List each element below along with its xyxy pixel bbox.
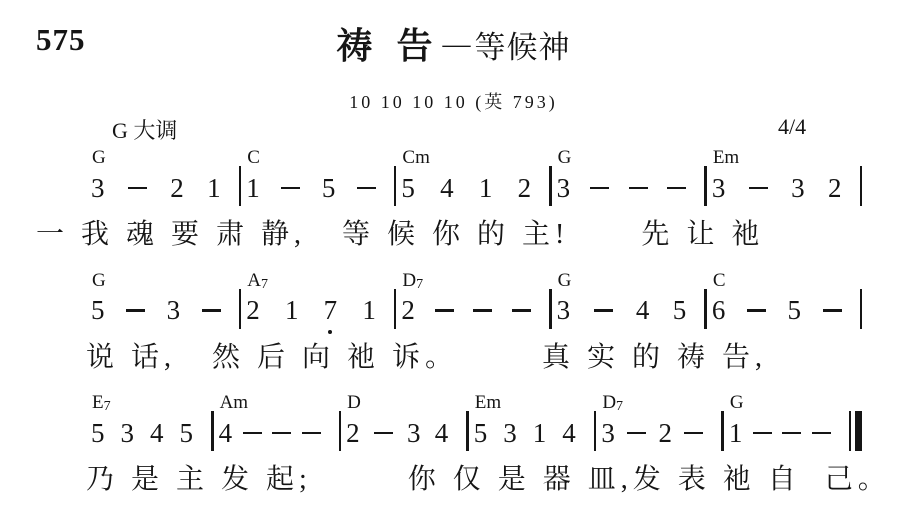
dash-line <box>272 432 291 435</box>
time-signature: 4/4 <box>778 114 806 140</box>
title-dash: — <box>443 29 471 60</box>
chord-label: E7 <box>86 391 211 415</box>
note: 1 <box>479 175 493 202</box>
note: 2 <box>828 175 842 202</box>
notes-row: 5314 <box>469 415 594 451</box>
measures-row: G53A72171D72G345C65 <box>86 269 862 329</box>
dash-line <box>512 309 531 312</box>
dash-line <box>627 432 646 435</box>
note: 3 <box>91 175 105 202</box>
music-system: G53A72171D72G345C65说 话, 然 后 向 祂 诉。 真 实 的… <box>86 269 862 375</box>
note: 1 <box>246 175 260 202</box>
measures-row: E75345Am4D234Em5314D732G1 <box>86 391 862 451</box>
dash-note <box>128 187 147 190</box>
note: 4 <box>435 420 449 447</box>
page-subtitle: 等候神 <box>475 30 571 65</box>
key-label: G 大调 <box>112 114 177 145</box>
dash-note <box>512 309 531 312</box>
lyrics-line: 一 我 魂 要 肃 静, 等 候 你 的 主! 先 让 祂 <box>36 218 862 252</box>
note: 5 <box>91 420 105 447</box>
note: 2 <box>659 420 673 447</box>
note: 3 <box>557 297 571 324</box>
dash-note <box>374 432 393 435</box>
note: 3 <box>557 175 571 202</box>
note: 4 <box>562 420 576 447</box>
dash-note <box>202 309 221 312</box>
notes-row: 65 <box>707 293 860 329</box>
chord-label: C <box>241 146 394 170</box>
dash-note <box>126 309 145 312</box>
note: 3 <box>407 420 421 447</box>
chord-seventh: 7 <box>616 399 623 414</box>
meter-line: 10 10 10 10 (英 793) <box>0 88 907 114</box>
notes-row: 332 <box>707 170 860 206</box>
measure: G53 <box>86 269 239 329</box>
dash-line <box>243 432 262 435</box>
dash-line <box>128 187 147 190</box>
measure: Em332 <box>707 146 860 206</box>
note: 4 <box>440 175 454 202</box>
dash-line <box>629 187 648 190</box>
note: 5 <box>673 297 687 324</box>
chord-label: D7 <box>596 391 721 415</box>
note: 2 <box>246 297 260 324</box>
chord-label: A7 <box>241 269 394 293</box>
note: 5 <box>787 297 801 324</box>
dash-line <box>473 309 492 312</box>
dash-line <box>749 187 768 190</box>
music-system: E75345Am4D234Em5314D732G1乃 是 主 发 起; 你 仅 … <box>86 391 862 497</box>
note: 1 <box>207 175 221 202</box>
note: 2 <box>170 175 184 202</box>
chord-label: G <box>724 391 849 415</box>
lyrics-line: 乃 是 主 发 起; 你 仅 是 器 皿,发 表 祂 自 己。 <box>86 463 862 497</box>
dash-line <box>812 432 831 435</box>
dash-line <box>823 309 842 312</box>
measure: G345 <box>552 269 705 329</box>
measure: Em5314 <box>469 391 594 451</box>
dash-line <box>590 187 609 190</box>
note: 5 <box>91 297 105 324</box>
dash-note <box>782 432 801 435</box>
barline <box>860 166 863 206</box>
chord-label: D7 <box>396 269 549 293</box>
notes-row: 53 <box>86 293 239 329</box>
notes-row: 2 <box>396 293 549 329</box>
measure: D72 <box>396 269 549 329</box>
dash-note <box>281 187 300 190</box>
dash-line <box>281 187 300 190</box>
notes-row: 2171 <box>241 293 394 329</box>
dash-line <box>435 309 454 312</box>
note: 1 <box>362 297 376 324</box>
note: 6 <box>712 297 726 324</box>
note: 3 <box>791 175 805 202</box>
dash-note <box>747 309 766 312</box>
chord-seventh: 7 <box>261 277 268 292</box>
chord-label: G <box>552 269 705 293</box>
dash-note <box>243 432 262 435</box>
hymn-page: { "page": { "hymn_number": "575", "title… <box>0 0 907 517</box>
notes-row: 5412 <box>396 170 549 206</box>
notes-row: 321 <box>86 170 239 206</box>
dash-note <box>629 187 648 190</box>
dash-note <box>590 187 609 190</box>
notes-row: 15 <box>241 170 394 206</box>
dash-note <box>357 187 376 190</box>
chord-label: G <box>86 146 239 170</box>
note: 3 <box>167 297 181 324</box>
dash-line <box>126 309 145 312</box>
dash-line <box>357 187 376 190</box>
dash-note <box>594 309 613 312</box>
dash-line <box>302 432 321 435</box>
measure: C65 <box>707 269 860 329</box>
chord-label: Cm <box>396 146 549 170</box>
measure: C15 <box>241 146 394 206</box>
chord-label: Em <box>707 146 860 170</box>
dash-note <box>302 432 321 435</box>
measure: Am4 <box>214 391 339 451</box>
chord-label: D <box>341 391 466 415</box>
chord-label: G <box>552 146 705 170</box>
dash-line <box>374 432 393 435</box>
note: 5 <box>180 420 194 447</box>
chord-label: Am <box>214 391 339 415</box>
note: 5 <box>322 175 336 202</box>
barline <box>860 289 863 329</box>
chord-label: G <box>86 269 239 293</box>
dash-line <box>782 432 801 435</box>
note: 1 <box>533 420 547 447</box>
notes-row: 345 <box>552 293 705 329</box>
lyrics-line: 说 话, 然 后 向 祂 诉。 真 实 的 祷 告, <box>86 341 862 375</box>
notes-row: 3 <box>552 170 705 206</box>
low-octave-dot <box>328 330 332 334</box>
dash-line <box>684 432 703 435</box>
dash-note <box>812 432 831 435</box>
notes-row: 5345 <box>86 415 211 451</box>
dash-line <box>747 309 766 312</box>
chord-label: C <box>707 269 860 293</box>
dash-note <box>753 432 772 435</box>
dash-note <box>435 309 454 312</box>
measures-row: G321C15Cm5412G3Em332 <box>86 146 862 206</box>
note: 5 <box>401 175 415 202</box>
dash-note <box>684 432 703 435</box>
measure: E75345 <box>86 391 211 451</box>
dash-line <box>667 187 686 190</box>
note: 2 <box>346 420 360 447</box>
note: 5 <box>474 420 488 447</box>
dash-line <box>202 309 221 312</box>
note: 1 <box>729 420 743 447</box>
dash-note <box>823 309 842 312</box>
note: 3 <box>503 420 517 447</box>
note: 4 <box>219 420 233 447</box>
dash-note <box>473 309 492 312</box>
measure: G1 <box>724 391 849 451</box>
note: 7 <box>324 297 338 324</box>
dash-line <box>594 309 613 312</box>
page-title: 祷 告 <box>336 26 434 66</box>
notes-row: 32 <box>596 415 721 451</box>
note: 4 <box>636 297 650 324</box>
title-row: 祷 告—等候神 <box>0 18 907 69</box>
measure: A72171 <box>241 269 394 329</box>
note: 2 <box>518 175 532 202</box>
measure: D732 <box>596 391 721 451</box>
note: 3 <box>712 175 726 202</box>
chord-seventh: 7 <box>104 399 111 414</box>
score: G321C15Cm5412G3Em332一 我 魂 要 肃 静, 等 候 你 的… <box>86 146 862 514</box>
measure: Cm5412 <box>396 146 549 206</box>
note: 3 <box>121 420 135 447</box>
music-system: G321C15Cm5412G3Em332一 我 魂 要 肃 静, 等 候 你 的… <box>86 146 862 252</box>
dash-note <box>627 432 646 435</box>
final-barline <box>849 411 862 451</box>
dash-note <box>272 432 291 435</box>
chord-seventh: 7 <box>416 277 423 292</box>
measure: D234 <box>341 391 466 451</box>
measure: G3 <box>552 146 705 206</box>
dash-note <box>749 187 768 190</box>
measure: G321 <box>86 146 239 206</box>
dash-note <box>667 187 686 190</box>
note: 3 <box>601 420 615 447</box>
notes-row: 1 <box>724 415 849 451</box>
notes-row: 4 <box>214 415 339 451</box>
note: 1 <box>285 297 299 324</box>
dash-line <box>753 432 772 435</box>
note: 4 <box>150 420 164 447</box>
notes-row: 234 <box>341 415 466 451</box>
chord-label: Em <box>469 391 594 415</box>
note: 2 <box>401 297 415 324</box>
